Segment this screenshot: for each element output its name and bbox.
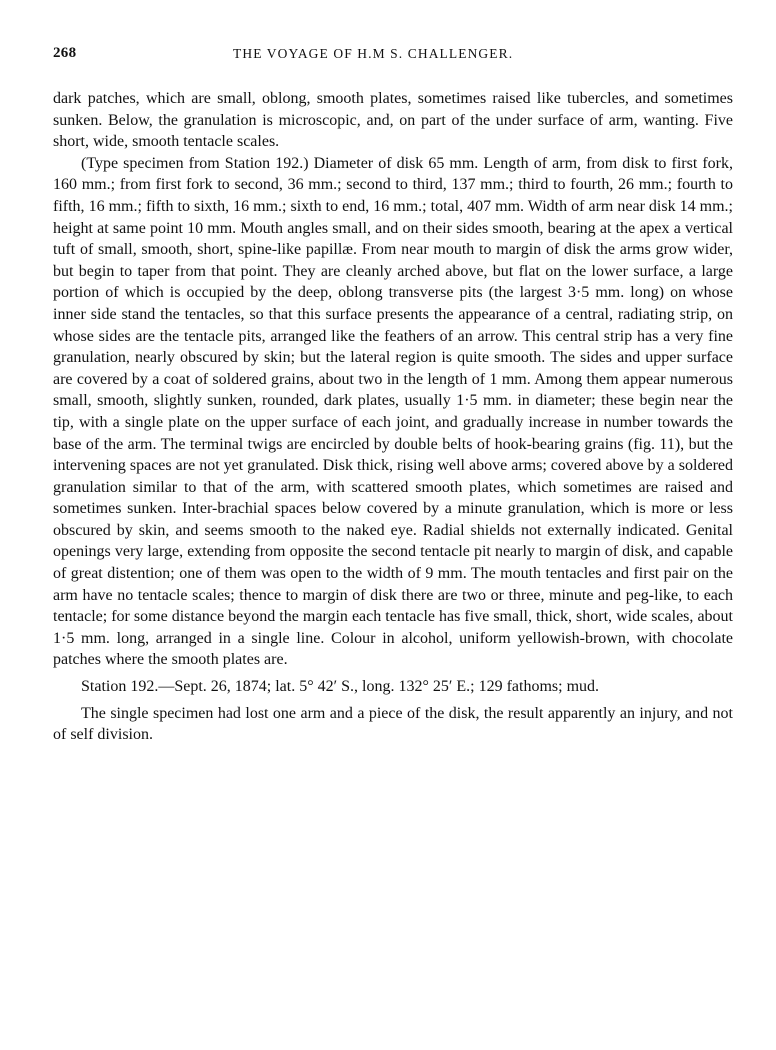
paragraph-continuation: dark patches, which are small, oblong, s… (53, 88, 733, 153)
body-text: dark patches, which are small, oblong, s… (53, 88, 733, 746)
paragraph-remark: The single specimen had lost one arm and… (53, 703, 733, 746)
running-title: THE VOYAGE OF H.M S. CHALLENGER. (233, 46, 513, 62)
paragraph-station: Station 192.—Sept. 26, 1874; lat. 5° 42′… (53, 676, 733, 698)
paragraph-type-specimen: (Type specimen from Station 192.) Diamet… (53, 153, 733, 671)
page-number: 268 (53, 45, 76, 62)
page-header: 268 THE VOYAGE OF H.M S. CHALLENGER. (53, 45, 733, 67)
